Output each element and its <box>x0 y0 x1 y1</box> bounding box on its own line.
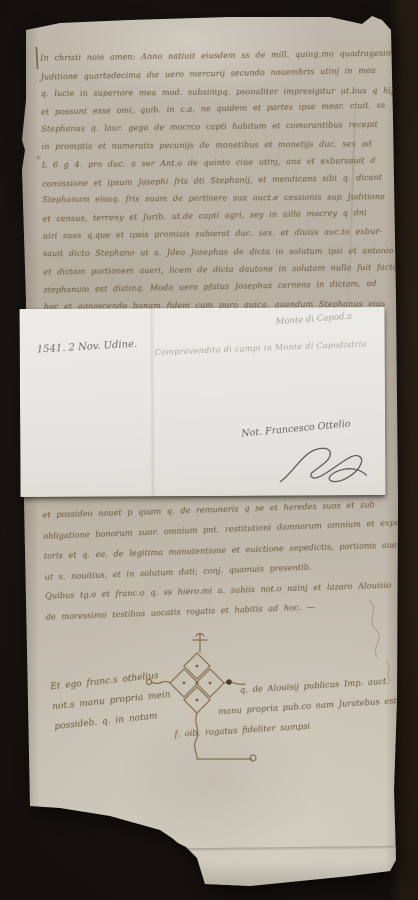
pencil-note-repository: Monte di Capod.a <box>276 312 353 328</box>
pencil-note-subject: Compravendita di campi in Monte di Capod… <box>155 339 367 357</box>
manuscript-text-block-lower: et possideo nouet p quam q. de remuneris… <box>42 493 400 626</box>
fold-crease <box>19 846 399 855</box>
notary-signature-flourish-icon <box>272 443 372 492</box>
ink-squiggle <box>361 595 401 685</box>
pencil-note-date: 1541. 2 Nov. Udine. <box>36 339 137 356</box>
photo-background: + In christi noie amen: Anno natiuit eiu… <box>0 0 418 900</box>
archival-slip: Monte di Capod.a 1541. 2 Nov. Udine. Com… <box>20 307 386 497</box>
manuscript-text-block-upper: In christi noie amen: Anno natiuit eiusd… <box>40 45 398 317</box>
margin-initial-stroke <box>35 47 38 69</box>
notary-sign-icon <box>140 628 262 770</box>
pencil-note-notary: Not. Francesco Ottelio <box>241 418 351 439</box>
